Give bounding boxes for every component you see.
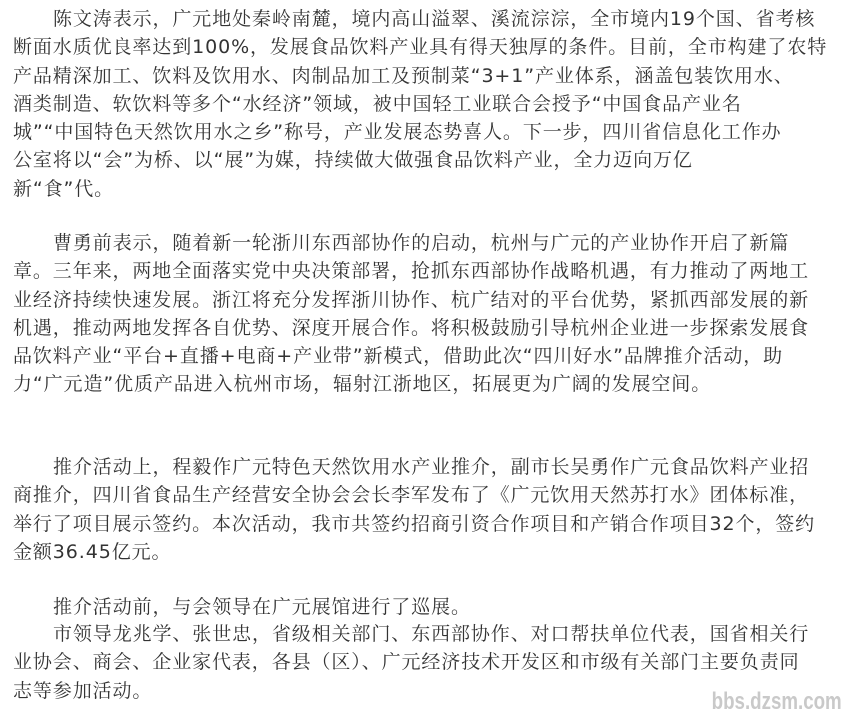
paragraph-5: 市领导龙兆学、张世忠，省级相关部门、东西部协作、对口帮扶单位代表，国省相关行 业…	[13, 620, 809, 705]
text-line: 品饮料产业“平台+直播+电商+产业带”新模式，借助此次“四川好水”品牌推介活动，…	[13, 342, 809, 370]
text-line: 推介活动上，程毅作广元特色天然饮用水产业推介，副市长吴勇作广元食品饮料产业招	[13, 453, 815, 481]
text-line: 志等参加活动。	[13, 677, 809, 705]
text-line: 陈文涛表示，广元地处秦岭南麓，境内高山溢翠、溪流淙淙，全市境内19个国、省考核	[13, 5, 827, 33]
paragraph-3: 推介活动上，程毅作广元特色天然饮用水产业推介，副市长吴勇作广元食品饮料产业招 商…	[13, 453, 815, 566]
paragraph-1: 陈文涛表示，广元地处秦岭南麓，境内高山溢翠、溪流淙淙，全市境内19个国、省考核 …	[13, 5, 827, 203]
paragraph-4: 推介活动前，与会领导在广元展馆进行了巡展。	[13, 593, 471, 621]
text-line: 力“广元造”优质产品进入杭州市场，辐射江浙地区，拓展更为广阔的发展空间。	[13, 370, 809, 398]
text-line: 机遇，推动两地发挥各自优势、深度开展合作。将积极鼓励引导杭州企业进一步探索发展食	[13, 314, 809, 342]
text-line: 章。三年来，两地全面落实党中央决策部署，抢抓东西部协作战略机遇，有力推动了两地工	[13, 257, 809, 285]
text-line: 产品精深加工、饮料及饮用水、肉制品加工及预制菜“3+1”产业体系，涵盖包装饮用水…	[13, 62, 827, 90]
text-line: 业协会、商会、企业家代表，各县（区）、广元经济技术开发区和市级有关部门主要负责同	[13, 648, 809, 676]
text-line: 酒类制造、软饮料等多个“水经济”领域，被中国轻工业联合会授予“中国食品产业名	[13, 90, 827, 118]
site-watermark: bbs.dzsm.com	[712, 688, 842, 716]
paragraph-2: 曹勇前表示，随着新一轮浙川东西部协作的启动，杭州与广元的产业协作开启了新篇 章。…	[13, 229, 809, 399]
text-line: 金额36.45亿元。	[13, 538, 815, 566]
text-line: 曹勇前表示，随着新一轮浙川东西部协作的启动，杭州与广元的产业协作开启了新篇	[13, 229, 809, 257]
text-line: 新“食”代。	[13, 175, 827, 203]
text-line: 举行了项目展示签约。本次活动，我市共签约招商引资合作项目和产销合作项目32个，签…	[13, 510, 815, 538]
text-line: 商推介，四川省食品生产经营安全协会会长李军发布了《广元饮用天然苏打水》团体标准，	[13, 481, 815, 509]
text-line: 市领导龙兆学、张世忠，省级相关部门、东西部协作、对口帮扶单位代表，国省相关行	[13, 620, 809, 648]
text-line: 业经济持续快速发展。浙江将充分发挥浙川协作、杭广结对的平台优势，紧抓西部发展的新	[13, 286, 809, 314]
text-line: 城”“中国特色天然饮用水之乡”称号，产业发展态势喜人。下一步，四川省信息化工作办	[13, 118, 827, 146]
text-line: 断面水质优良率达到100%，发展食品饮料产业具有得天独厚的条件。目前，全市构建了…	[13, 33, 827, 61]
text-line: 公室将以“会”为桥、以“展”为媒，持续做大做强食品饮料产业，全力迈向万亿	[13, 146, 827, 174]
text-line: 推介活动前，与会领导在广元展馆进行了巡展。	[13, 593, 471, 621]
